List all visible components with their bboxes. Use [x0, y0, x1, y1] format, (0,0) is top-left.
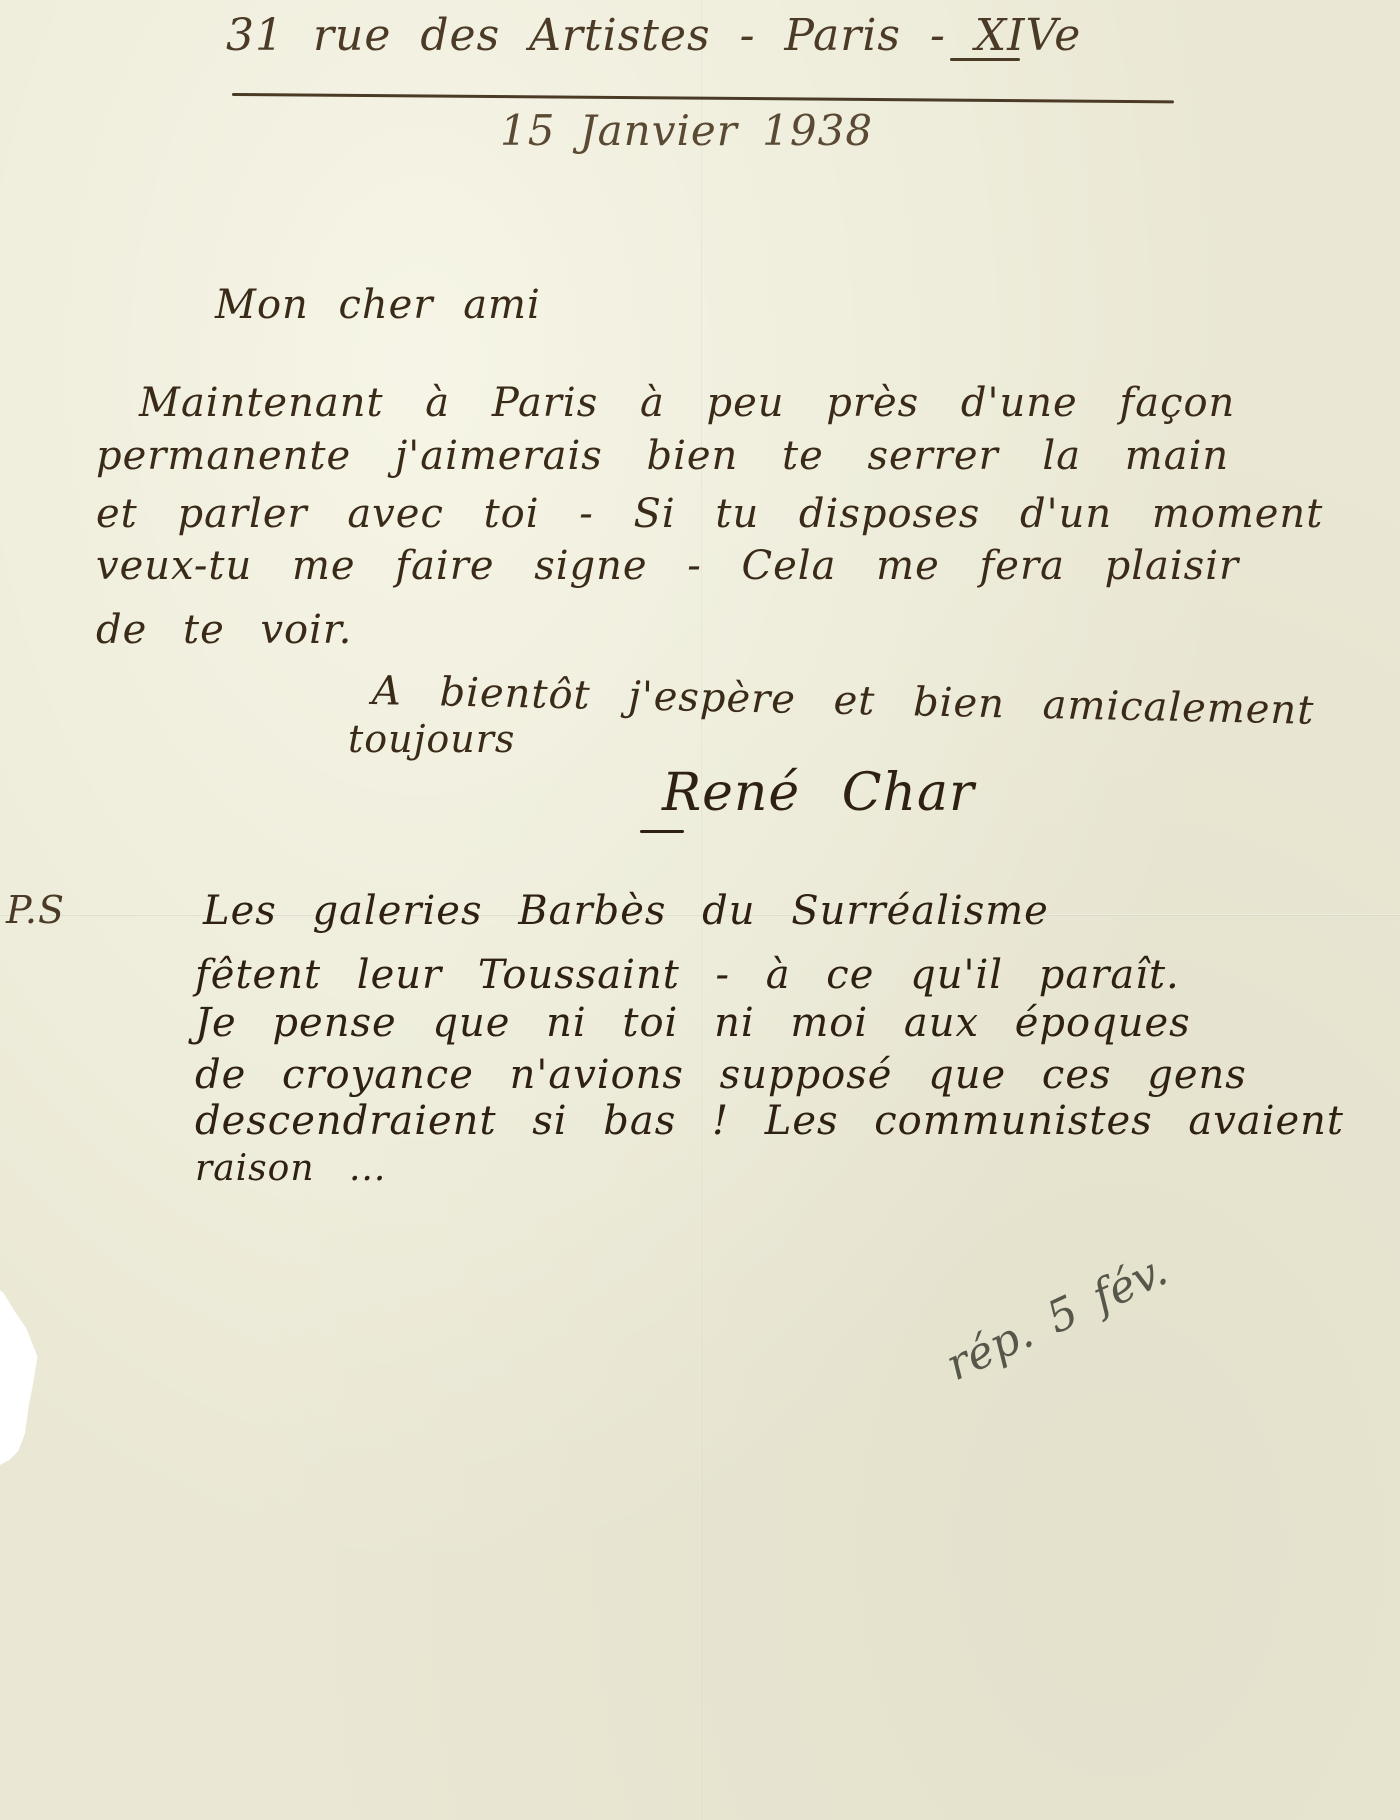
body-line: veux-tu me faire signe - Cela me fera pl… — [96, 543, 1239, 589]
letterhead-address: 31 rue des Artistes - Paris - XIVe — [226, 10, 1081, 61]
postscript-line: fêtent leur Toussaint - à ce qu'il paraî… — [195, 952, 1180, 998]
body-line: et parler avec toi - Si tu disposes d'un… — [96, 491, 1323, 537]
postscript-line: raison ... — [195, 1148, 386, 1189]
letter-date: 15 Janvier 1938 — [500, 106, 873, 155]
body-line: Maintenant à Paris à peu près d'une faço… — [139, 380, 1235, 426]
closing-line: toujours — [348, 717, 515, 761]
postscript-line: Les galeries Barbès du Surréalisme — [203, 888, 1049, 934]
address-underline — [950, 58, 1020, 61]
body-line: de te voir. — [96, 607, 352, 653]
postscript-line: de croyance n'avions supposé que ces gen… — [195, 1052, 1247, 1098]
postscript-label: P.S — [6, 888, 65, 932]
signature-dash — [640, 830, 684, 833]
postscript-line: Je pense que ni toi ni moi aux époques — [195, 1000, 1191, 1046]
body-line: permanente j'aimerais bien te serrer la … — [96, 433, 1229, 479]
salutation: Mon cher ami — [215, 282, 541, 328]
postscript-line: descendraient si bas ! Les communistes a… — [195, 1098, 1344, 1144]
signature: René Char — [662, 763, 975, 823]
